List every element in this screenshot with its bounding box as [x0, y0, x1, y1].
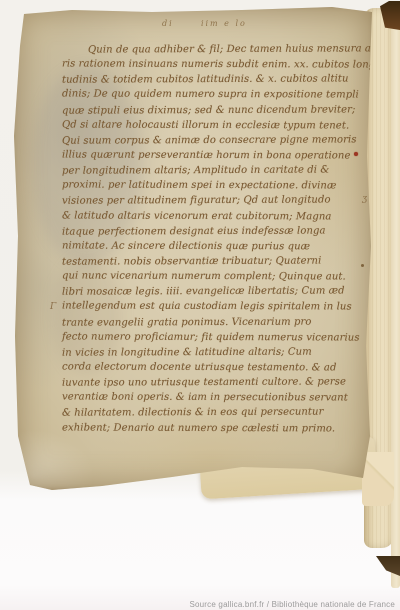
manuscript-line: nimitate. Ac sincere dilectionis quæ pur… — [62, 238, 372, 254]
manuscript-line: & hilaritatem. dilectionis & in eos qui … — [62, 405, 372, 421]
manuscript-line: qui nunc vicenarium numerum complent; Qu… — [62, 269, 372, 285]
manuscript-line: Qd si altare holocausti illorum in eccle… — [62, 117, 372, 133]
manuscript-line: tudinis & totidem cubitos latitudinis. &… — [62, 72, 372, 88]
ink-fleck — [361, 264, 364, 267]
manuscript-line: iuvante ipso uno utriusque testamenti cu… — [62, 374, 372, 390]
manuscript-line: intellegendum est quia custodiam legis s… — [62, 299, 372, 315]
manuscript-line: verantiæ boni operis. & iam in persecuti… — [62, 390, 372, 406]
page-corner-fold — [362, 452, 394, 506]
manuscript-line: quæ stipuli eius diximus; sed & nunc dic… — [62, 102, 372, 118]
margin-correction-mark: Γ — [50, 302, 56, 312]
manuscript-page: di iim e lo Quin de qua adhiber & fil; D… — [12, 6, 374, 490]
manuscript-line: exhibent; Denario aut numero spe cælesti… — [62, 420, 372, 436]
manuscript-line: & latitudo altaris vicenorum erat cubito… — [62, 208, 372, 224]
manuscript-line: per longitudinem altaris; Amplitudo in c… — [62, 162, 372, 178]
red-ink-dot — [354, 152, 358, 156]
book-fore-edge-outer — [391, 12, 400, 588]
manuscript-line: in vicies in longitudine & latitudine al… — [62, 344, 372, 360]
manuscript-text-block: Quin de qua adhiber & fil; Dec tamen hui… — [62, 42, 372, 436]
manuscript-line: trante evangelii gratia ponimus. Vicenar… — [62, 314, 372, 330]
manuscript-line: ris rationem insinuans numeris subdit en… — [62, 57, 372, 73]
manuscript-line: libri mosaicæ legis. iiii. evangelicæ li… — [62, 284, 372, 300]
manuscript-line: visiones per altitudinem figuratur; Qd a… — [62, 193, 372, 209]
manuscript-line: Qui suum corpus & animæ do consecrare pi… — [62, 132, 372, 148]
margin-squiggle-mark: ʒ — [362, 194, 367, 204]
manuscript-line: Quin de qua adhiber & fil; Dec tamen hui… — [62, 41, 372, 57]
manuscript-line: testamenti. nobis observantiæ tribuatur;… — [62, 253, 372, 269]
manuscript-line: fecto numero proficiamur; fit quidem num… — [62, 329, 372, 345]
manuscript-line: corda electorum docente utriusque testam… — [62, 359, 372, 375]
running-header: di iim e lo — [162, 19, 247, 28]
scan-viewport: di iim e lo Quin de qua adhiber & fil; D… — [0, 0, 400, 610]
book-cover-corner-bottom — [376, 556, 400, 576]
manuscript-line: dinis; De quo quidem numero supra in exp… — [62, 87, 372, 103]
manuscript-line: proximi. per latitudinem spei in expecta… — [62, 178, 372, 194]
manuscript-line: illius quærunt perseverantiæ horum in bo… — [62, 147, 372, 163]
footer-credit: Source gallica.bnf.fr / Bibliothèque nat… — [189, 600, 395, 609]
manuscript-line: itaque perfectionem designat eius indefe… — [62, 223, 372, 239]
